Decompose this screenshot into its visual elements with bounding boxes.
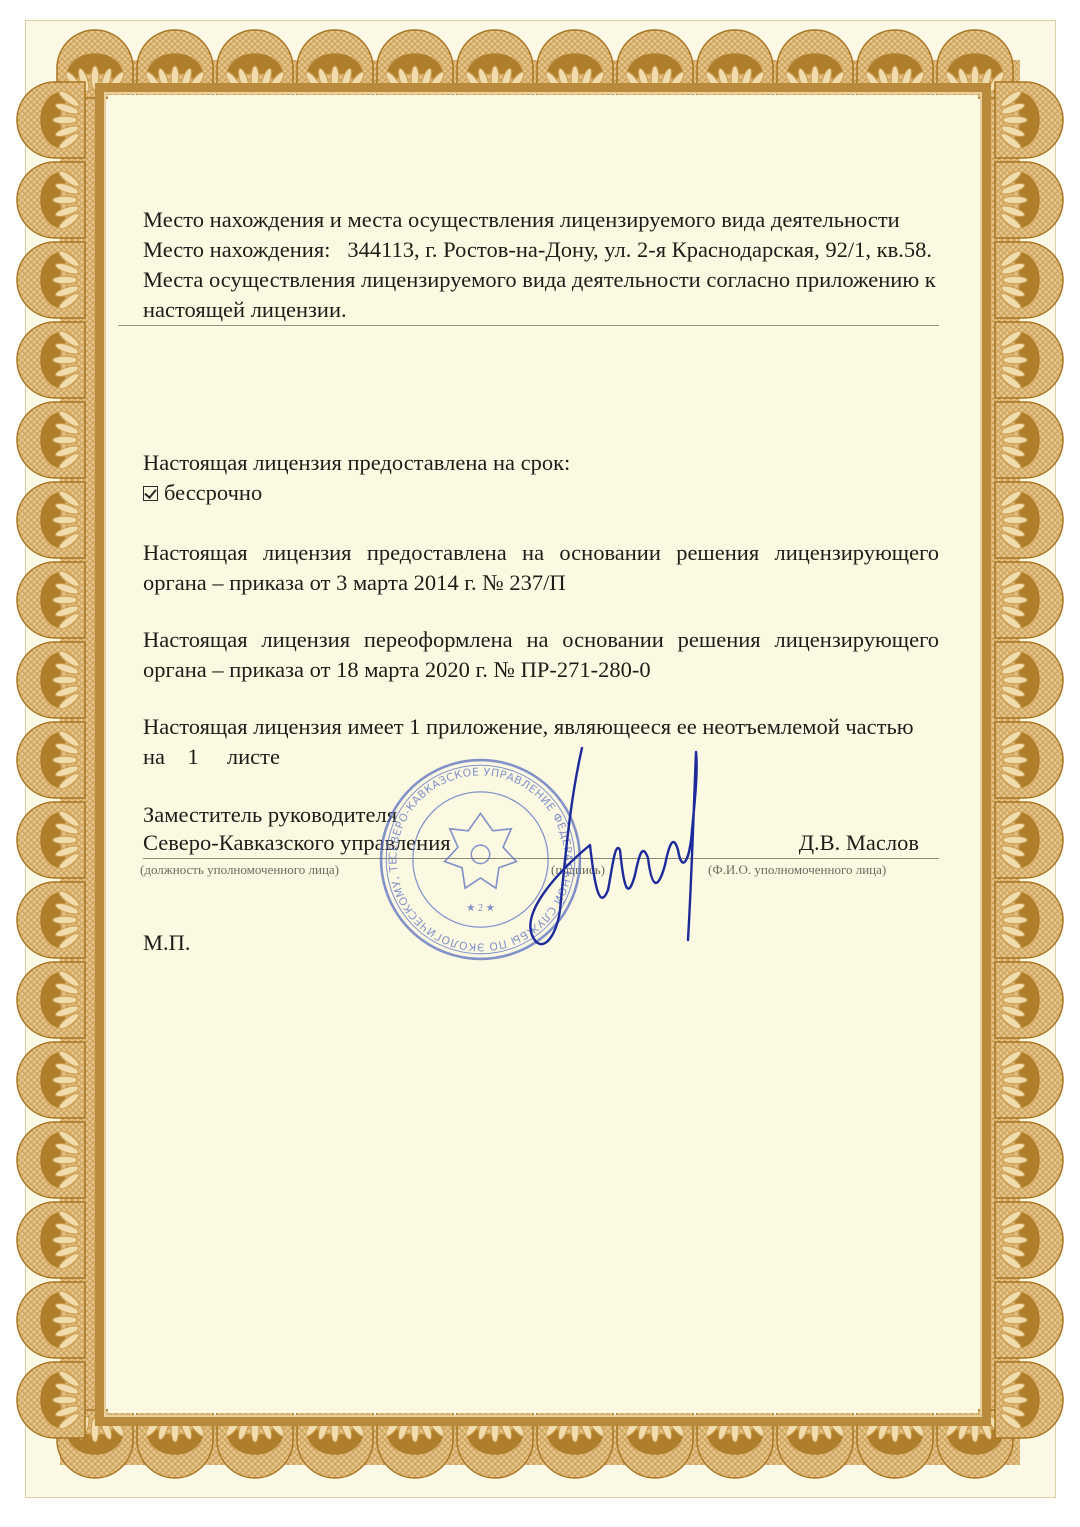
appendix-sheets-word: листе: [227, 744, 280, 769]
term-section: Настоящая лицензия предоставлена на срок…: [143, 448, 939, 508]
address-label: Место нахождения:: [143, 237, 330, 262]
term-label: Настоящая лицензия предоставлена на срок…: [143, 448, 939, 478]
granted-basis: Настоящая лицензия предоставлена на осно…: [143, 538, 939, 598]
address-line: Место нахождения: 344113, г. Ростов-на-Д…: [143, 235, 939, 265]
location-heading: Место нахождения и места осуществления л…: [143, 205, 939, 235]
address-value: 344113, г. Ростов-на-Дону, ул. 2-я Красн…: [347, 237, 932, 262]
signature-icon: [520, 740, 720, 950]
signatory-name: Д.В. Маслов: [799, 828, 919, 858]
caption-position: (должность уполномоченного лица): [140, 862, 339, 878]
checkbox-checked-icon: [143, 486, 158, 501]
term-option-label: бессрочно: [164, 480, 262, 505]
caption-name: (Ф.И.О. уполномоченного лица): [708, 862, 886, 878]
appendix-sheets: 1: [188, 744, 199, 769]
places-note: Места осуществления лицензируемого вида …: [118, 265, 939, 326]
svg-text:★ 2 ★: ★ 2 ★: [466, 903, 495, 914]
term-option: бессрочно: [143, 478, 939, 508]
reissued-basis: Настоящая лицензия переоформлена на осно…: [143, 625, 939, 685]
location-section: Место нахождения и места осуществления л…: [143, 205, 939, 326]
